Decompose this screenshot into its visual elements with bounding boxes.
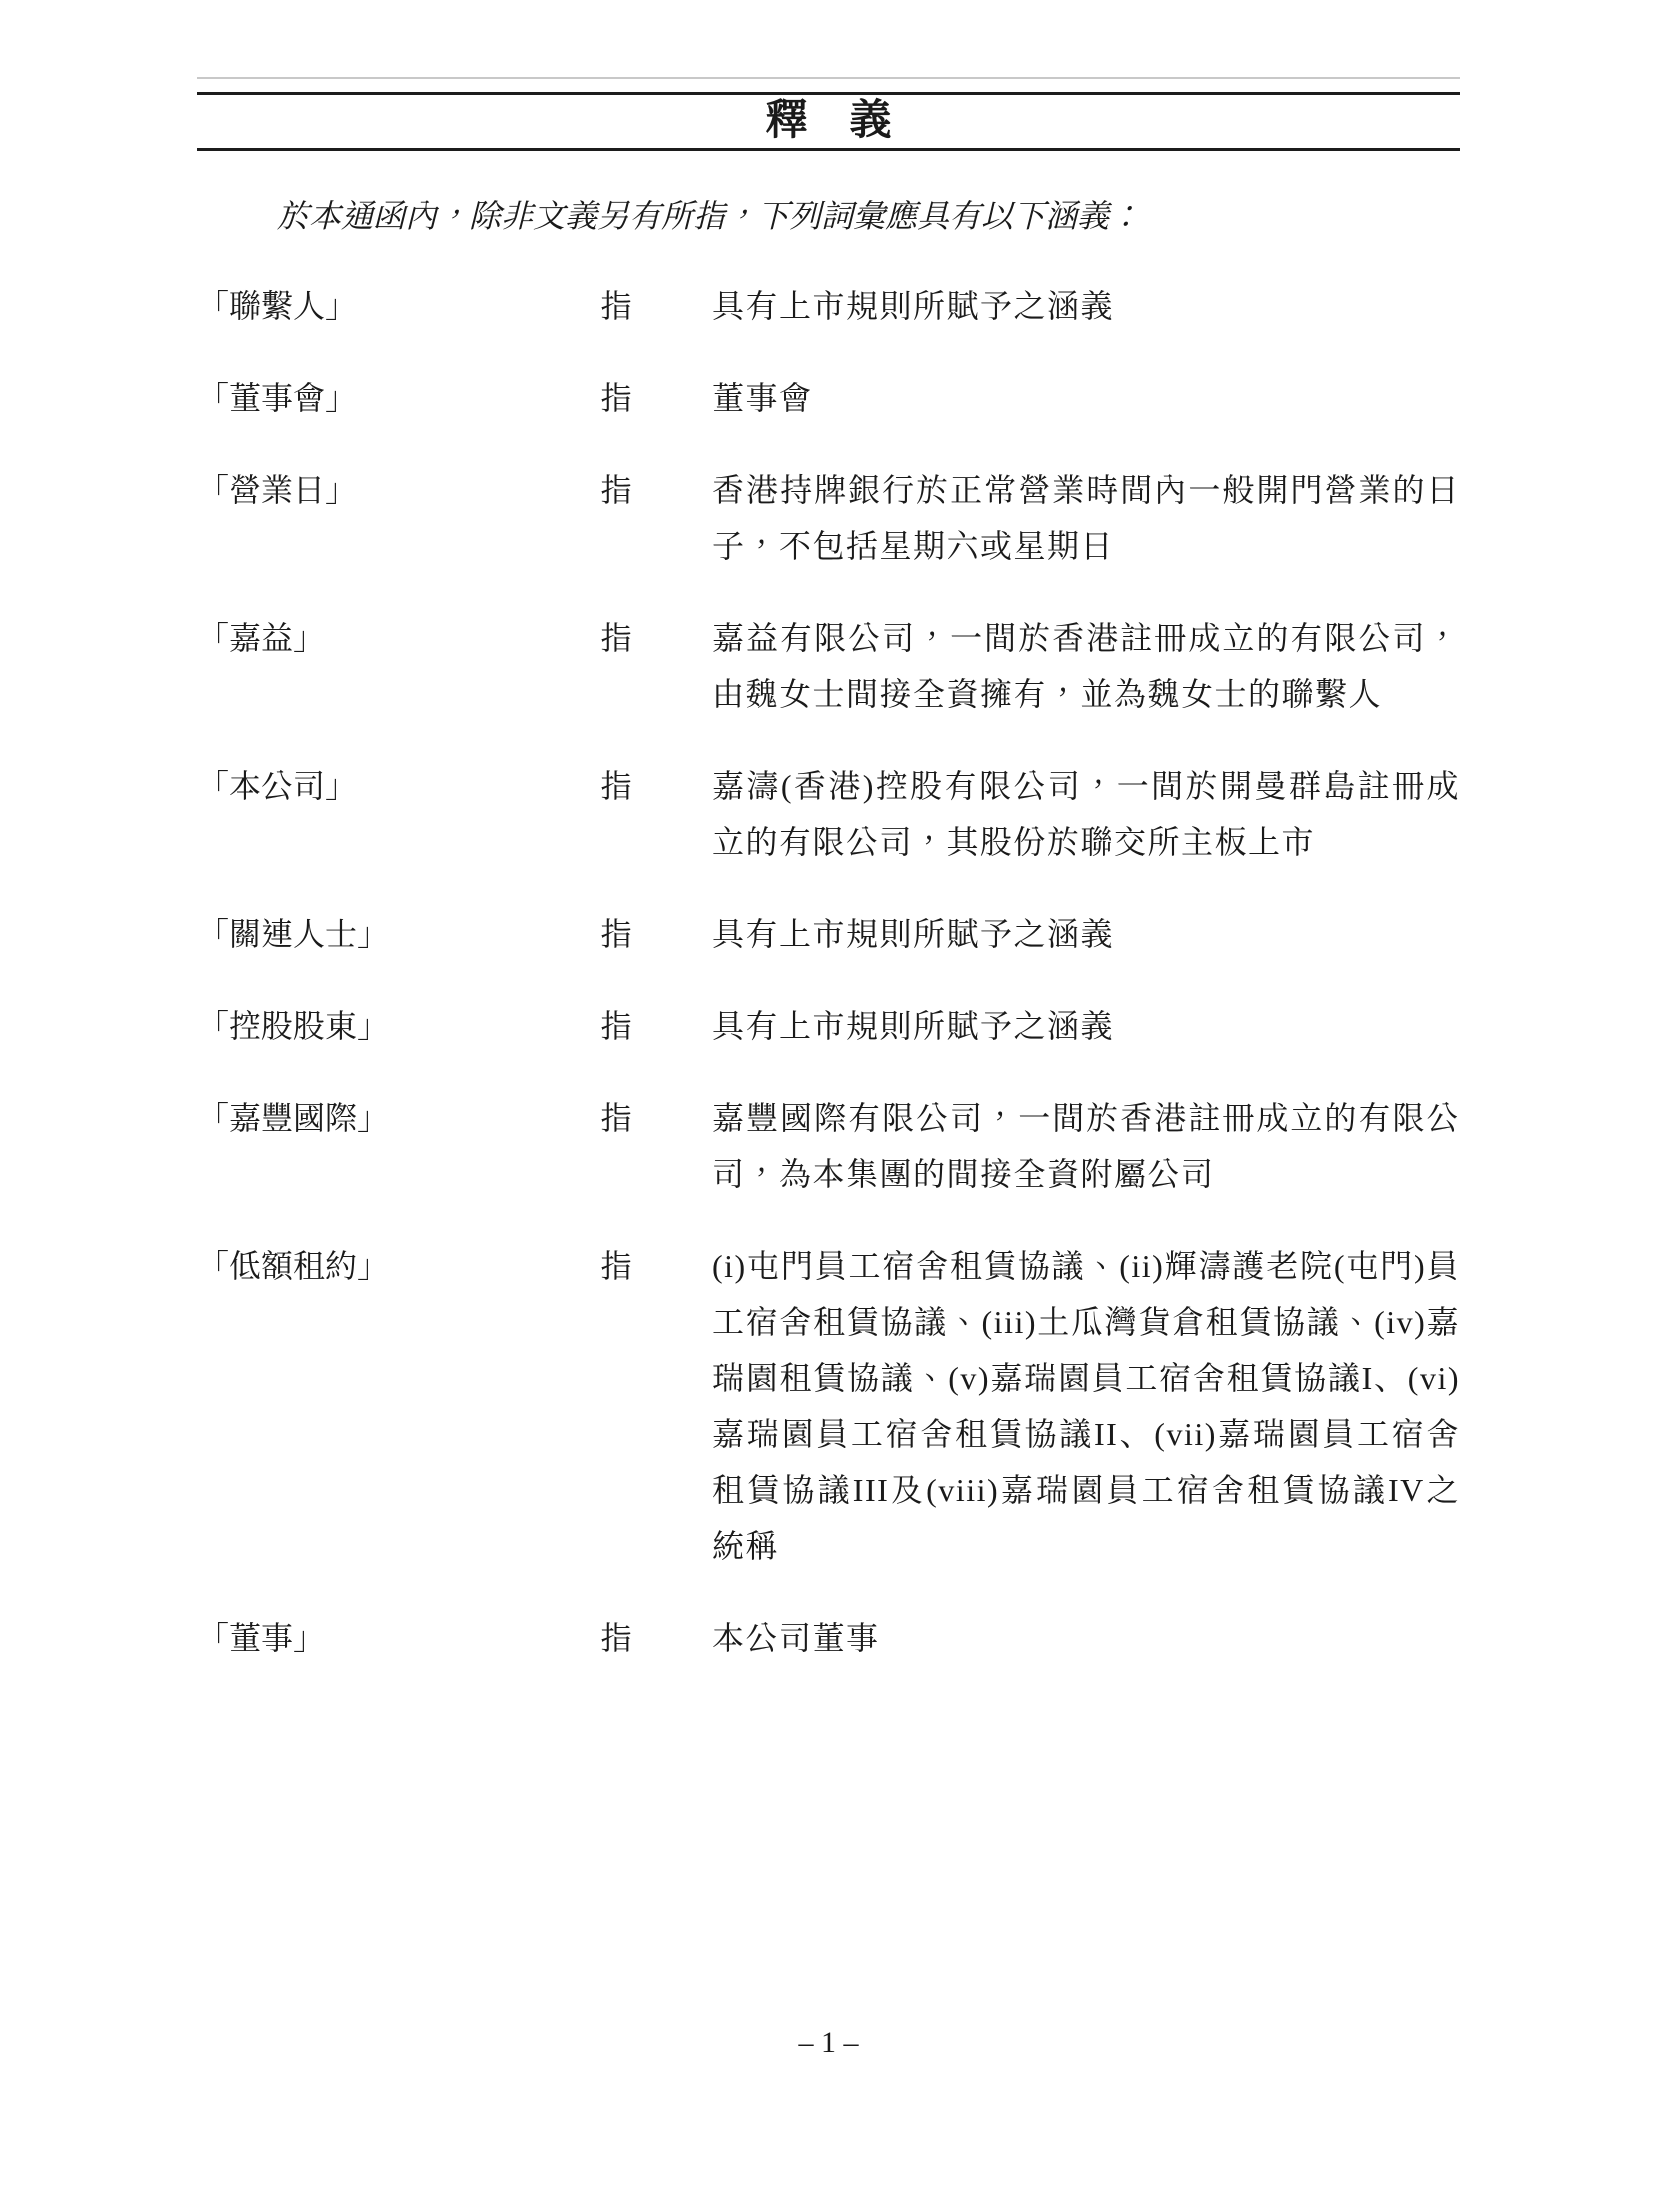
definition-connector: 指 <box>600 462 712 518</box>
definition-row: 「嘉豐國際」 指 嘉豐國際有限公司，一間於香港註冊成立的有限公司，為本集團的間接… <box>197 1090 1460 1202</box>
definition-term: 「聯繫人」 <box>197 278 600 334</box>
definition-row: 「嘉益」 指 嘉益有限公司，一間於香港註冊成立的有限公司，由魏女士間接全資擁有，… <box>197 610 1460 722</box>
definition-term: 「嘉益」 <box>197 610 600 666</box>
definition-text: 香港持牌銀行於正常營業時間內一般開門營業的日子，不包括星期六或星期日 <box>712 462 1460 574</box>
definition-row: 「董事」 指 本公司董事 <box>197 1610 1460 1666</box>
definition-row: 「關連人士」 指 具有上市規則所賦予之涵義 <box>197 906 1460 962</box>
definition-text: 嘉豐國際有限公司，一間於香港註冊成立的有限公司，為本集團的間接全資附屬公司 <box>712 1090 1460 1202</box>
definition-term: 「關連人士」 <box>197 906 600 962</box>
definition-text: 嘉益有限公司，一間於香港註冊成立的有限公司，由魏女士間接全資擁有，並為魏女士的聯… <box>712 610 1460 722</box>
definition-connector: 指 <box>600 278 712 334</box>
definition-term: 「控股股東」 <box>197 998 600 1054</box>
header-rule-light <box>197 77 1460 79</box>
definition-row: 「聯繫人」 指 具有上市規則所賦予之涵義 <box>197 278 1460 334</box>
definition-term: 「嘉豐國際」 <box>197 1090 600 1146</box>
definitions-list: 「聯繫人」 指 具有上市規則所賦予之涵義 「董事會」 指 董事會 「營業日」 指… <box>197 278 1460 1702</box>
definition-text: 嘉濤(香港)控股有限公司，一間於開曼群島註冊成立的有限公司，其股份於聯交所主板上… <box>712 758 1460 870</box>
definition-row: 「董事會」 指 董事會 <box>197 370 1460 426</box>
definition-connector: 指 <box>600 906 712 962</box>
definition-text: (i)屯門員工宿舍租賃協議、(ii)輝濤護老院(屯門)員工宿舍租賃協議、(iii… <box>712 1238 1460 1574</box>
definition-text: 具有上市規則所賦予之涵義 <box>712 278 1460 334</box>
definition-connector: 指 <box>600 1090 712 1146</box>
definition-row: 「本公司」 指 嘉濤(香港)控股有限公司，一間於開曼群島註冊成立的有限公司，其股… <box>197 758 1460 870</box>
definition-connector: 指 <box>600 998 712 1054</box>
definition-text: 具有上市規則所賦予之涵義 <box>712 906 1460 962</box>
header-rule-bottom <box>197 148 1460 151</box>
definition-text: 董事會 <box>712 370 1460 426</box>
definition-connector: 指 <box>600 1610 712 1666</box>
definition-row: 「營業日」 指 香港持牌銀行於正常營業時間內一般開門營業的日子，不包括星期六或星… <box>197 462 1460 574</box>
document-page: 釋 義 於本通函內，除非文義另有所指，下列詞彙應具有以下涵義： 「聯繫人」 指 … <box>0 0 1654 2205</box>
definition-row: 「控股股東」 指 具有上市規則所賦予之涵義 <box>197 998 1460 1054</box>
definition-text: 本公司董事 <box>712 1610 1460 1666</box>
page-title: 釋 義 <box>197 95 1460 148</box>
page-number: – 1 – <box>197 2026 1460 2060</box>
definition-text: 具有上市規則所賦予之涵義 <box>712 998 1460 1054</box>
intro-paragraph: 於本通函內，除非文義另有所指，下列詞彙應具有以下涵義： <box>197 188 1460 244</box>
definition-term: 「本公司」 <box>197 758 600 814</box>
definition-connector: 指 <box>600 758 712 814</box>
definition-term: 「營業日」 <box>197 462 600 518</box>
definition-connector: 指 <box>600 1238 712 1294</box>
definition-row: 「低額租約」 指 (i)屯門員工宿舍租賃協議、(ii)輝濤護老院(屯門)員工宿舍… <box>197 1238 1460 1574</box>
definition-term: 「董事會」 <box>197 370 600 426</box>
definition-term: 「董事」 <box>197 1610 600 1666</box>
definition-term: 「低額租約」 <box>197 1238 600 1294</box>
definition-connector: 指 <box>600 370 712 426</box>
definition-connector: 指 <box>600 610 712 666</box>
